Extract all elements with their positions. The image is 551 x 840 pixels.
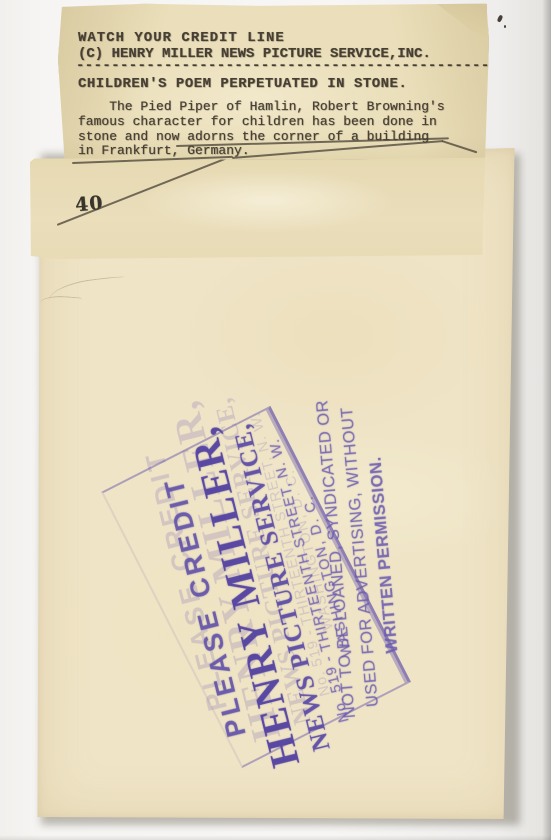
slip-dashed-separator: ----------------------------------------… [76, 58, 490, 74]
scanner-edge-shading [0, 835, 551, 840]
caption-body-line-3: stone and now adorns the corner of a bui… [78, 129, 429, 144]
caption-body-line-1: The Pied Piper of Hamlin, Robert Brownin… [78, 99, 445, 114]
ink-fleck [504, 25, 506, 28]
slip-credit-line: WATCH YOUR CREDIT LINE [78, 30, 285, 46]
caption-body-line-2: famous character for children has been d… [78, 114, 437, 129]
slip-headline: CHILDREN'S POEM PERPETUATED IN STONE. [78, 76, 407, 92]
scanner-edge-shading [542, 0, 551, 840]
slip-caption-body: The Pied Piper of Hamlin, Robert Brownin… [78, 100, 445, 159]
ink-fleck [497, 15, 503, 23]
